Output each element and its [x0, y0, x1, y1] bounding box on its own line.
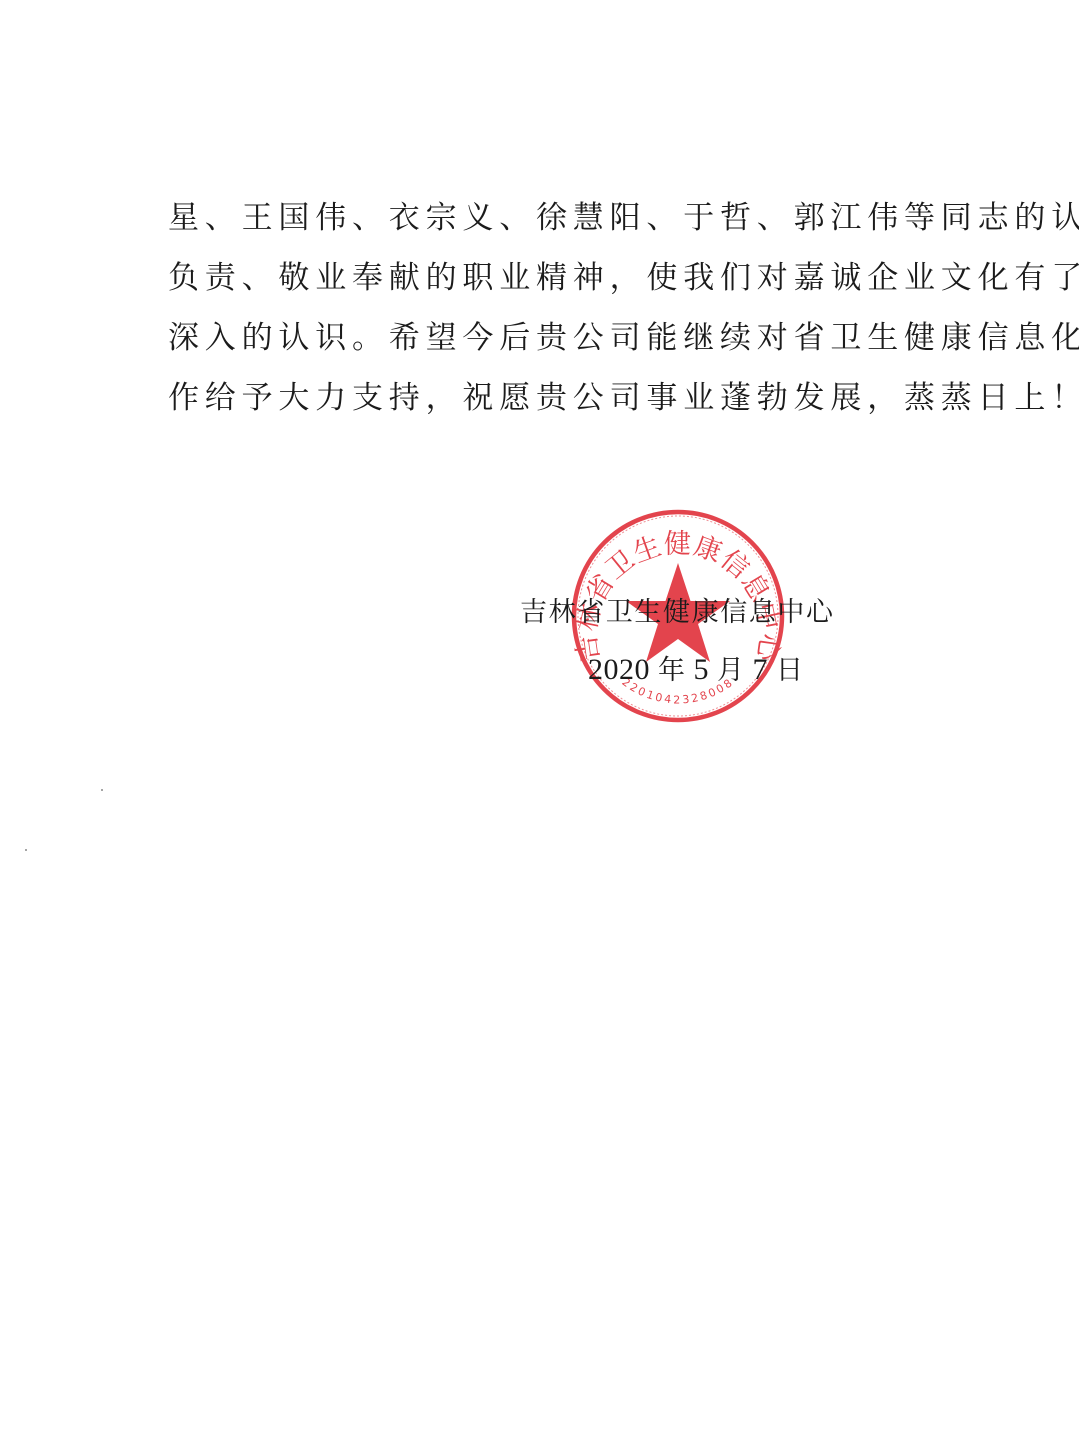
date-year-unit: 年 — [658, 651, 686, 691]
body-line: 深入的认识。希望今后贵公司能继续对省卫生健康信息化工 — [168, 316, 928, 376]
body-line: 星、王国伟、衣宗义、徐慧阳、于哲、郭江伟等同志的认真 — [168, 196, 928, 256]
date-month: 5 — [694, 650, 710, 690]
date-month-unit: 月 — [717, 651, 745, 691]
date-day-unit: 日 — [776, 651, 804, 691]
date-year: 2020 — [588, 650, 650, 690]
document-page: 星、王国伟、衣宗义、徐慧阳、于哲、郭江伟等同志的认真 负责、敬业奉献的职业精神，… — [0, 0, 1079, 1441]
body-line: 负责、敬业奉献的职业精神，使我们对嘉诚企业文化有了更 — [168, 256, 928, 316]
letter-body: 星、王国伟、衣宗义、徐慧阳、于哲、郭江伟等同志的认真 负责、敬业奉献的职业精神，… — [168, 196, 928, 436]
signature-date: 2020年5月7日 — [588, 650, 804, 691]
scan-speck — [25, 849, 27, 851]
body-line: 作给予大力支持，祝愿贵公司事业蓬勃发展，蒸蒸日上！ — [168, 376, 928, 436]
date-day: 7 — [753, 650, 769, 690]
signature-organization: 吉林省卫生健康信息中心 — [520, 593, 835, 633]
scan-speck — [101, 789, 103, 791]
